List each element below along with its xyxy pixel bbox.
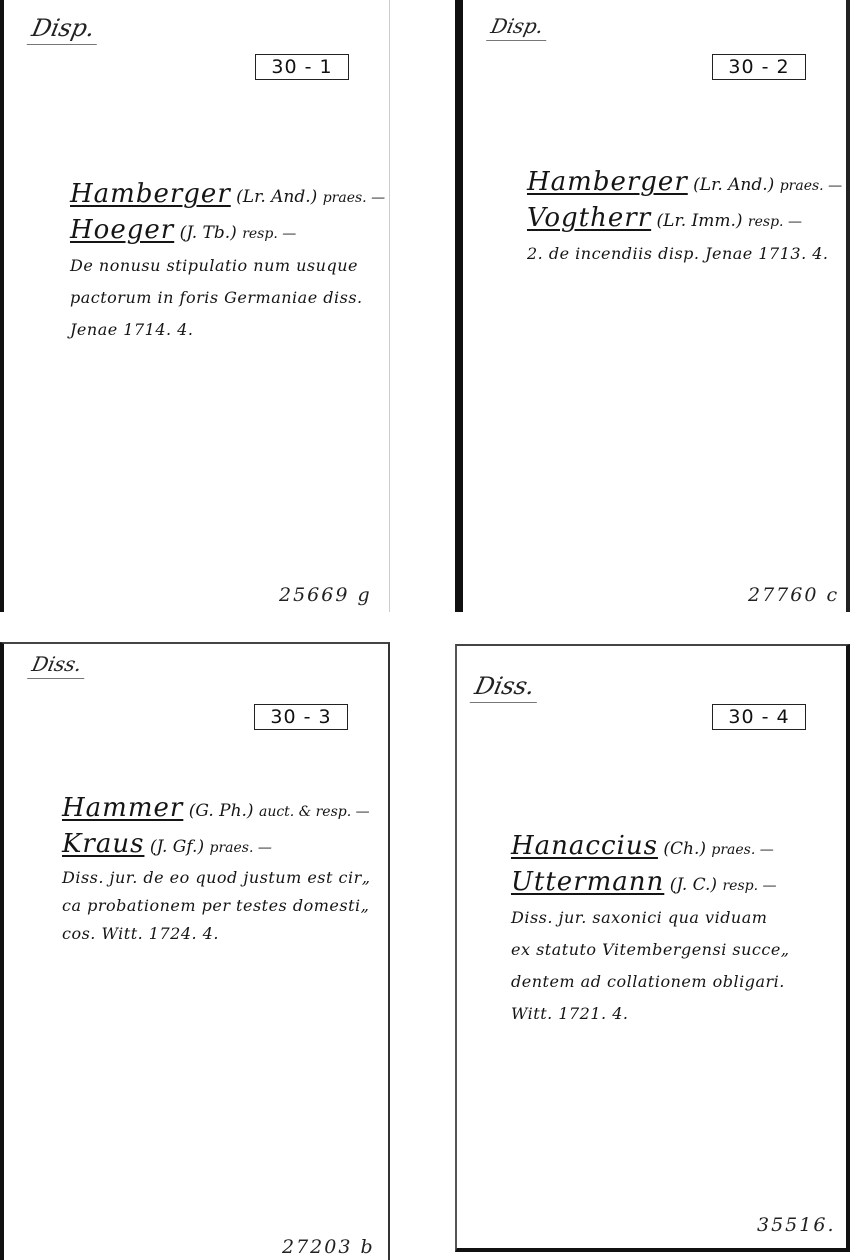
title-line: Diss. jur. saxonici qua viduam: [511, 902, 840, 934]
catalog-card-1: Disp. 30 - 1 Hamberger (Lr. And.) praes.…: [0, 0, 390, 612]
surname: Hamberger: [527, 167, 688, 197]
author-line: Kraus (J. Gf.) praes. —: [62, 828, 382, 864]
accession-number: 27760 c: [748, 584, 839, 606]
surname: Hanaccius: [511, 831, 658, 861]
author-line: Vogtherr (Lr. Imm.) resp. —: [527, 202, 840, 238]
imprint-line: Jenae 1714. 4.: [70, 314, 383, 346]
imprint-line: cos. Witt. 1724. 4.: [62, 920, 382, 948]
initials: (Lr. Imm.): [657, 211, 743, 231]
role: praes. —: [323, 190, 385, 206]
author-line: Uttermann (J. C.) resp. —: [511, 866, 840, 902]
author-line: Hammer (G. Ph.) auct. & resp. —: [62, 792, 382, 828]
section-mark: Disp.: [486, 14, 552, 41]
initials: (J. Gf.): [150, 837, 204, 857]
title-line: ex statuto Vitembergensi succe„: [511, 934, 840, 966]
title-line: ca probationem per testes domesti„: [62, 892, 382, 920]
author-line: Hamberger (Lr. And.) praes. —: [70, 178, 383, 214]
surname: Hoeger: [70, 215, 174, 245]
author-line: Hamberger (Lr. And.) praes. —: [527, 166, 840, 202]
initials: (G. Ph.): [189, 801, 254, 821]
role: auct. & resp. —: [259, 804, 370, 820]
surname: Kraus: [62, 829, 144, 859]
author-line: Hoeger (J. Tb.) resp. —: [70, 214, 383, 250]
surname: Uttermann: [511, 867, 664, 897]
initials: (J. Tb.): [180, 223, 237, 243]
section-mark: Diss.: [470, 672, 544, 703]
card-entry: Hammer (G. Ph.) auct. & resp. — Kraus (J…: [62, 792, 382, 948]
accession-number: 25669 g: [279, 584, 372, 606]
accession-number: 27203 b: [282, 1236, 375, 1258]
call-number-box: 30 - 4: [712, 704, 806, 730]
catalog-card-2: Disp. 30 - 2 Hamberger (Lr. And.) praes.…: [460, 0, 850, 612]
call-number-box: 30 - 2: [712, 54, 806, 80]
role: praes. —: [210, 840, 272, 856]
card-entry: Hamberger (Lr. And.) praes. — Hoeger (J.…: [70, 178, 383, 346]
surname: Hammer: [62, 793, 183, 823]
title-line: pactorum in foris Germaniae diss.: [70, 282, 383, 314]
imprint-line: Witt. 1721. 4.: [511, 998, 840, 1030]
title-line: De nonusu stipulatio num usuque: [70, 250, 383, 282]
call-number-box: 30 - 3: [254, 704, 348, 730]
card-entry: Hamberger (Lr. And.) praes. — Vogtherr (…: [527, 166, 840, 270]
title-line: dentem ad collationem obligari.: [511, 966, 840, 998]
surname: Vogtherr: [527, 203, 651, 233]
author-line: Hanaccius (Ch.) praes. —: [511, 830, 840, 866]
role: praes. —: [711, 842, 773, 858]
role: resp. —: [722, 878, 776, 894]
card-entry: Hanaccius (Ch.) praes. — Uttermann (J. C…: [511, 830, 840, 1030]
initials: (Ch.): [663, 839, 706, 859]
section-mark: Disp.: [27, 14, 104, 45]
role: resp. —: [748, 214, 802, 230]
surname: Hamberger: [70, 179, 231, 209]
role: resp. —: [242, 226, 296, 242]
section-mark: Diss.: [27, 652, 90, 679]
accession-number: 35516.: [757, 1214, 835, 1236]
initials: (Lr. And.): [693, 175, 774, 195]
title-line: Diss. jur. de eo quod justum est cir„: [62, 864, 382, 892]
title-line: 2. de incendiis disp. Jenae 1713. 4.: [527, 238, 840, 270]
role: praes. —: [780, 178, 842, 194]
catalog-card-4: Diss. 30 - 4 Hanaccius (Ch.) praes. — Ut…: [455, 644, 850, 1252]
initials: (J. C.): [670, 875, 717, 895]
call-number-box: 30 - 1: [255, 54, 349, 80]
catalog-card-3: Diss. 30 - 3 Hammer (G. Ph.) auct. & res…: [0, 642, 390, 1260]
initials: (Lr. And.): [236, 187, 317, 207]
